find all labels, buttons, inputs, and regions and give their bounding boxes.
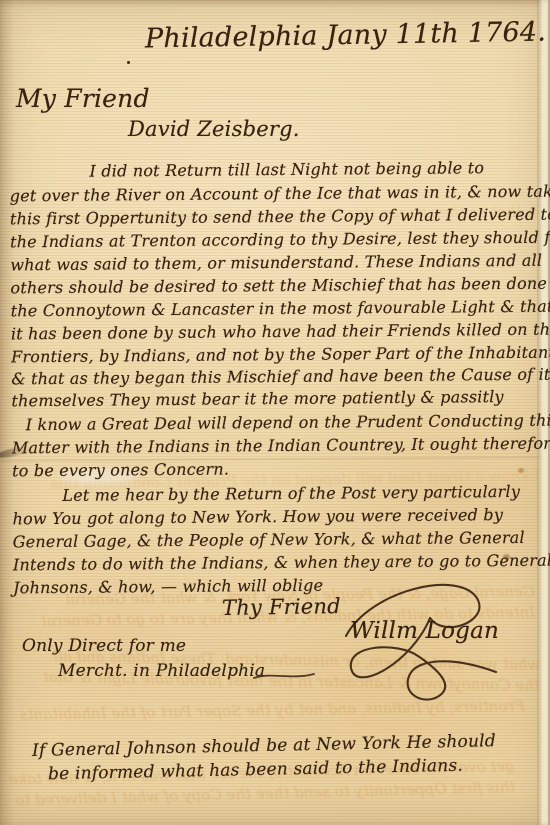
scan-edge-top bbox=[0, 0, 550, 8]
direction-note-line1: Only Direct for me bbox=[22, 636, 186, 656]
body-line: I know a Great Deal will depend on the P… bbox=[26, 411, 550, 435]
ink-speck bbox=[127, 61, 130, 64]
signature-flourish bbox=[336, 582, 514, 710]
body-line: to be every ones Concern. bbox=[12, 459, 229, 480]
body-line: themselves They must bear it the more pa… bbox=[11, 387, 503, 410]
body-line: the Connoytown & Lancaster in the most f… bbox=[11, 297, 550, 321]
body-line: Intends to do with the Indians, & when t… bbox=[13, 551, 550, 575]
signature-name: Willm Logan bbox=[350, 618, 499, 644]
body-line: Let me hear by the Return of the Post ve… bbox=[62, 482, 520, 505]
body-line: this first Oppertunity to send thee the … bbox=[10, 205, 550, 229]
body-line: what was said to them, or misunderstand.… bbox=[10, 251, 542, 275]
body-line: Matter with the Indians in the Indian Co… bbox=[12, 434, 550, 458]
closing: Thy Friend bbox=[222, 594, 341, 620]
rust-spot bbox=[518, 468, 524, 473]
body-line: General Gage, & the People of New York, … bbox=[13, 528, 525, 551]
addressee-name: David Zeisberg. bbox=[128, 117, 300, 141]
dateline: Philadelphia Jany 11th 1764. bbox=[145, 17, 547, 55]
body-line: get over the River on Account of the Ice… bbox=[10, 182, 550, 206]
body-line: the Indians at Trenton according to thy … bbox=[10, 227, 550, 251]
postscript-line2: be informed what has been said to the In… bbox=[48, 756, 463, 785]
letter-page: & that as they began this Mischief and h… bbox=[0, 0, 550, 825]
body-line: & that as they began this Mischief and h… bbox=[11, 365, 550, 389]
body-line: Frontiers, by Indians, and not by the So… bbox=[11, 343, 550, 367]
scan-edge-left bbox=[0, 0, 14, 825]
salutation: My Friend bbox=[16, 84, 150, 113]
body-line: I did not Return till last Night not bei… bbox=[89, 158, 484, 180]
body-line: how You got along to New York. How you w… bbox=[12, 505, 503, 528]
body-line: it has been done by such who have had th… bbox=[11, 320, 550, 344]
body-line: others should be desired to sett the Mis… bbox=[10, 273, 550, 297]
direction-note-line2: Mercht. in Philadelphia bbox=[58, 661, 265, 681]
